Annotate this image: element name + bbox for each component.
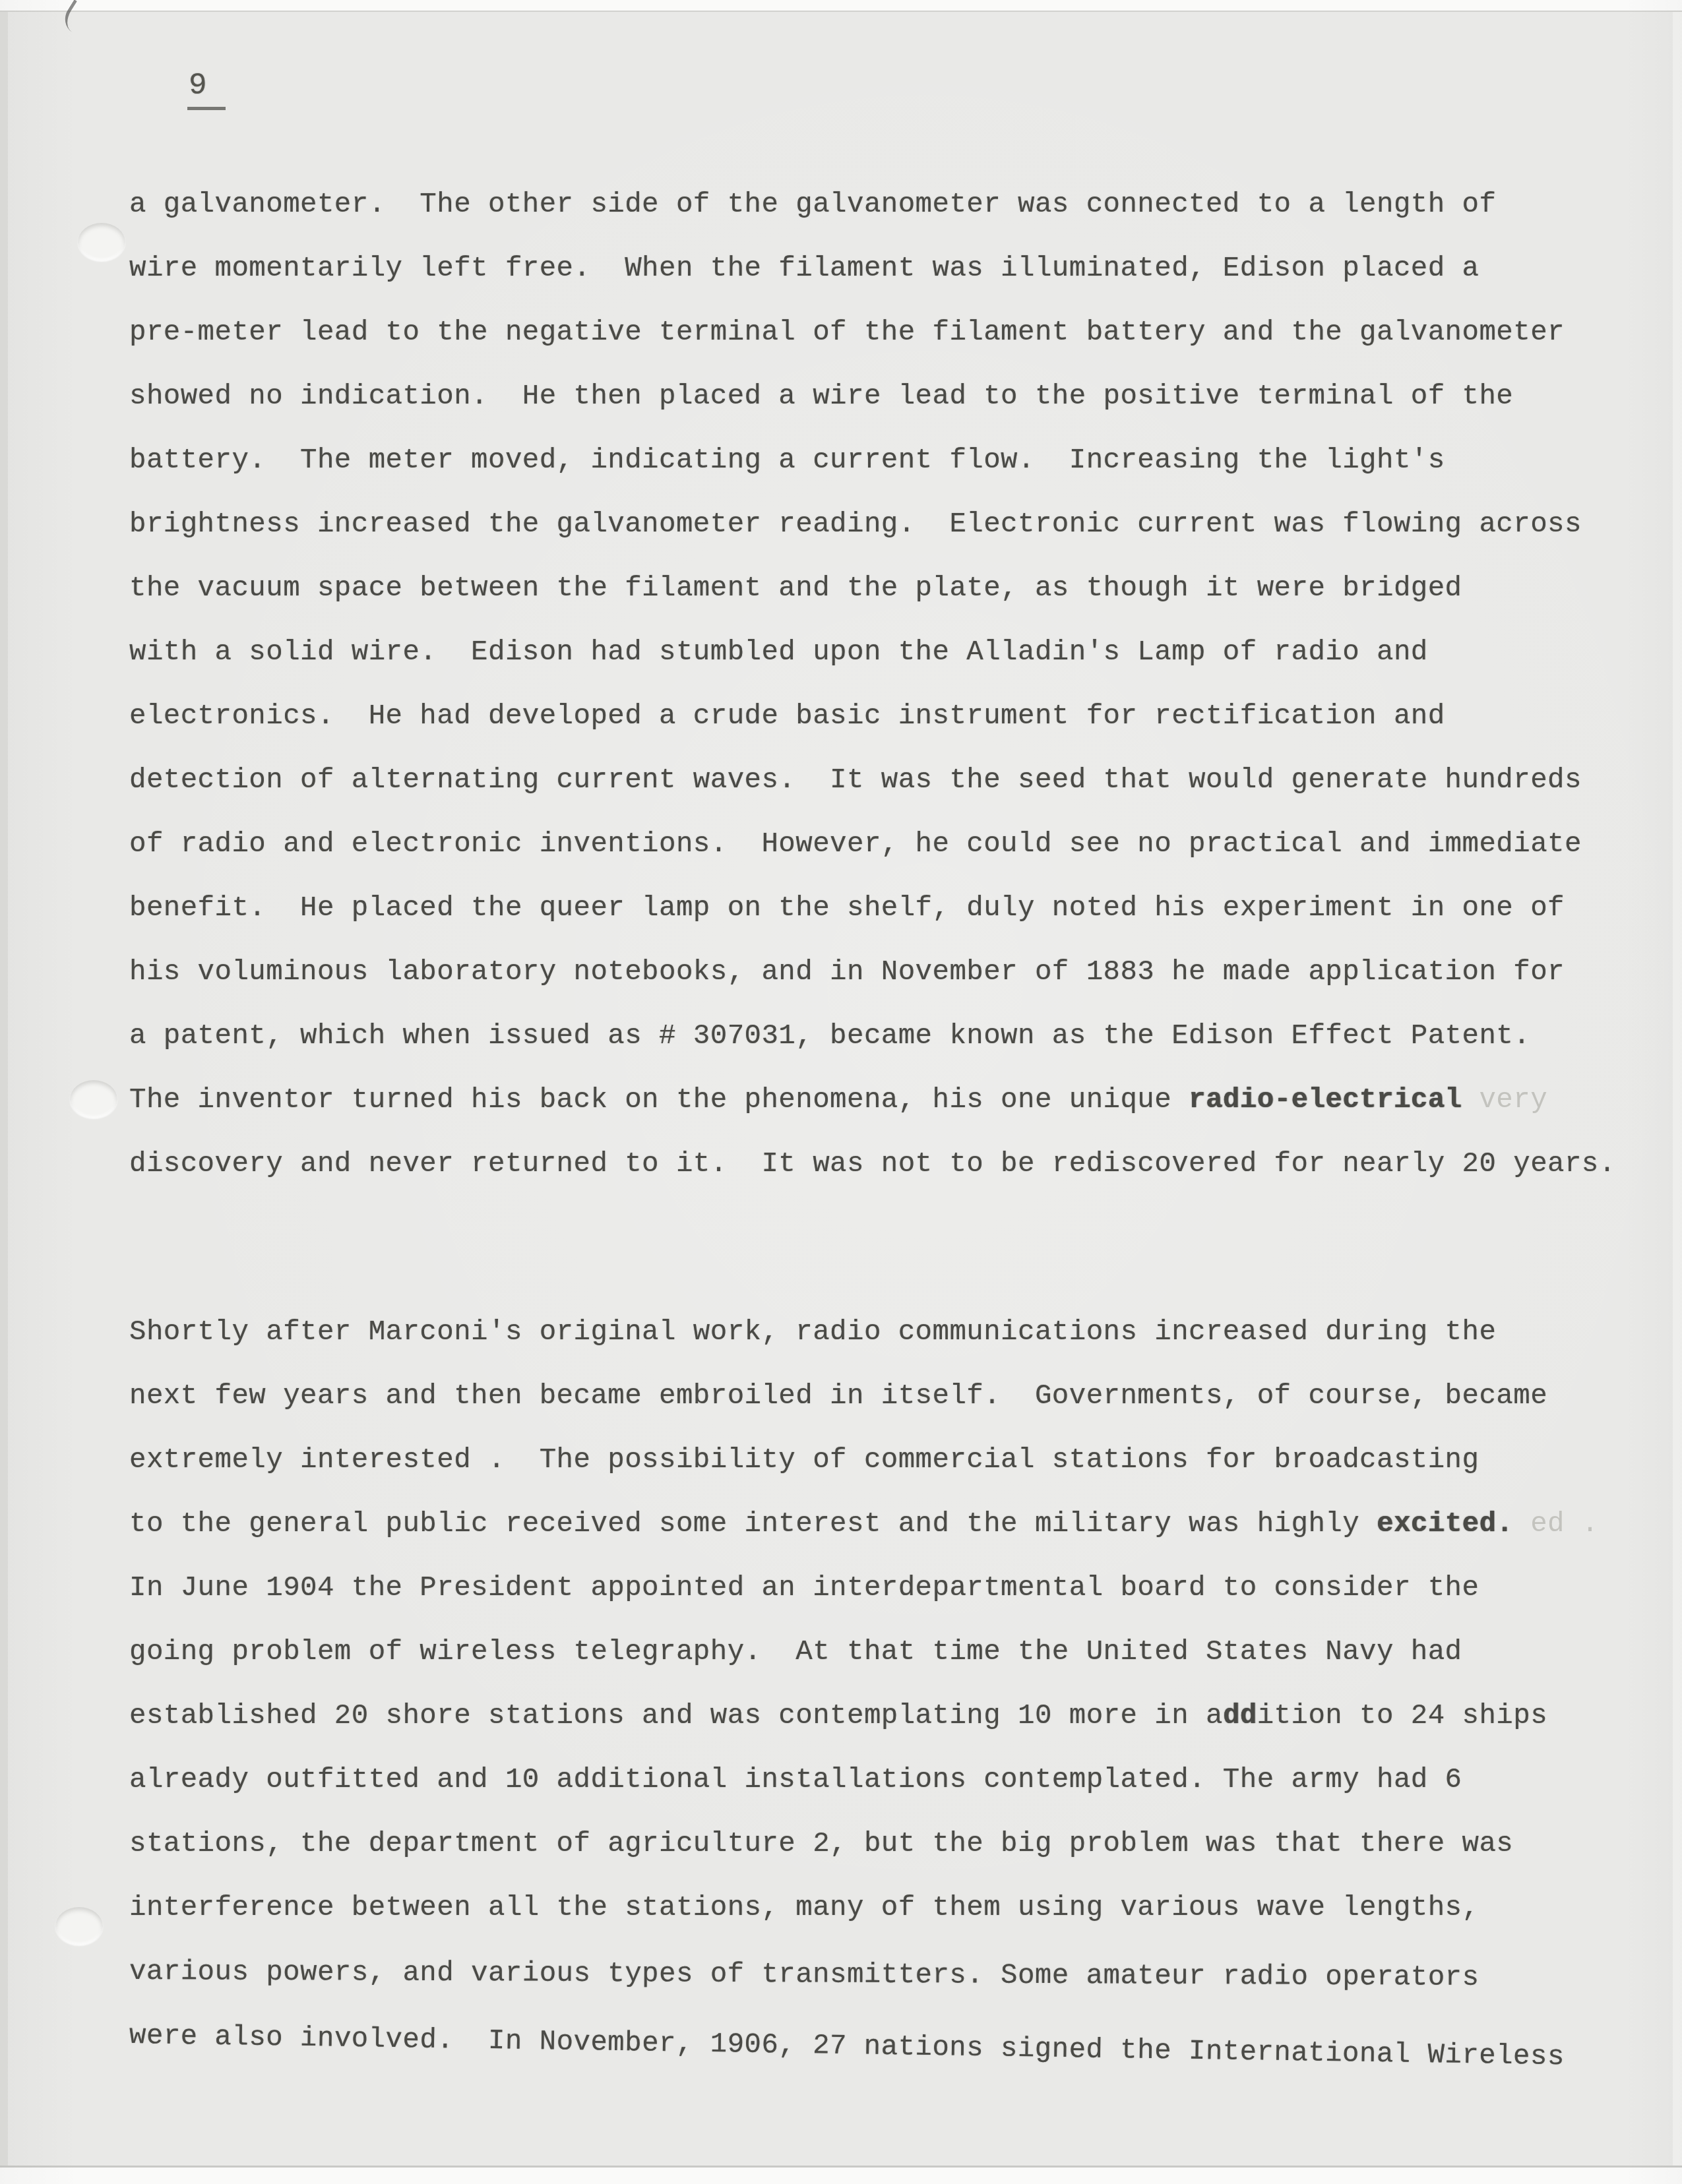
typed-line: were also involved. In November, 1906, 2… — [129, 2004, 1646, 2090]
typed-text: Shortly after Marconi's original work, r… — [129, 1316, 1496, 1348]
typed-line: his voluminous laboratory notebooks, and… — [129, 940, 1646, 1004]
typed-text: of radio and electronic inventions. Howe… — [129, 828, 1582, 860]
typed-line: of radio and electronic inventions. Howe… — [129, 812, 1646, 876]
typed-text: going problem of wireless telegraphy. At… — [129, 1636, 1462, 1668]
punch-hole — [70, 1080, 117, 1118]
overstruck-text: radio-electrical — [1189, 1084, 1462, 1116]
typed-line: stations, the department of agriculture … — [129, 1812, 1646, 1876]
typed-text: to the general public received some inte… — [129, 1508, 1377, 1540]
typed-line: brightness increased the galvanometer re… — [129, 493, 1646, 557]
ghost-overtype-text: ed . — [1513, 1508, 1599, 1540]
typed-line: the vacuum space between the filament an… — [129, 557, 1646, 621]
typed-text: next few years and then became embroiled… — [129, 1380, 1547, 1412]
typed-line: with a solid wire. Edison had stumbled u… — [129, 621, 1646, 684]
typed-line: going problem of wireless telegraphy. At… — [129, 1620, 1646, 1684]
typed-text: established 20 shore stations and was co… — [129, 1700, 1223, 1732]
typed-line: Shortly after Marconi's original work, r… — [129, 1300, 1646, 1364]
scan-edge-top — [0, 0, 1682, 12]
page-number: 9 — [187, 69, 226, 110]
typed-line: extremely interested . The possibility o… — [129, 1428, 1646, 1492]
scan-edge-right — [1673, 0, 1682, 2184]
typed-line: discovery and never returned to it. It w… — [129, 1132, 1646, 1196]
paragraph-gap — [129, 1196, 1646, 1300]
typed-text: a patent, which when issued as # 307031,… — [129, 1020, 1530, 1052]
typed-text: with a solid wire. Edison had stumbled u… — [129, 636, 1428, 668]
typed-line: a patent, which when issued as # 307031,… — [129, 1004, 1646, 1068]
typed-line: to the general public received some inte… — [129, 1492, 1646, 1556]
typed-text-body: a galvanometer. The other side of the ga… — [129, 173, 1646, 2068]
ghost-overtype-text: very — [1462, 1084, 1548, 1116]
typed-line: various powers, and various types of tra… — [129, 1940, 1646, 2011]
typed-text: benefit. He placed the queer lamp on the… — [129, 892, 1565, 924]
typed-text: ition to 24 ships — [1257, 1700, 1547, 1732]
typed-line: wire momentarily left free. When the fil… — [129, 237, 1646, 301]
typed-line: already outfitted and 10 additional inst… — [129, 1748, 1646, 1812]
overstruck-text: excited. — [1377, 1508, 1513, 1540]
punch-hole — [55, 1907, 103, 1945]
typed-text: battery. The meter moved, indicating a c… — [129, 444, 1445, 476]
typed-line: The inventor turned his back on the phen… — [129, 1068, 1646, 1132]
typed-text: wire momentarily left free. When the fil… — [129, 253, 1479, 284]
typed-line: pre-meter lead to the negative terminal … — [129, 301, 1646, 365]
scan-edge-left — [0, 0, 8, 2184]
typed-text: In June 1904 the President appointed an … — [129, 1572, 1479, 1604]
typed-text: detection of alternating current waves. … — [129, 764, 1582, 796]
scan-edge-bottom — [0, 2166, 1682, 2184]
typed-line: established 20 shore stations and was co… — [129, 1684, 1646, 1748]
typed-text: brightness increased the galvanometer re… — [129, 508, 1582, 540]
typed-line: a galvanometer. The other side of the ga… — [129, 173, 1646, 237]
typed-line: interference between all the stations, m… — [129, 1876, 1646, 1940]
typed-text: The inventor turned his back on the phen… — [129, 1084, 1189, 1116]
typed-line: showed no indication. He then placed a w… — [129, 365, 1646, 429]
typed-line: electronics. He had developed a crude ba… — [129, 684, 1646, 748]
typed-text: interference between all the stations, m… — [129, 1892, 1479, 1924]
typed-text: already outfitted and 10 additional inst… — [129, 1764, 1462, 1796]
typed-line: benefit. He placed the queer lamp on the… — [129, 876, 1646, 940]
typed-text: various powers, and various types of tra… — [129, 1956, 1480, 1993]
typed-text: discovery and never returned to it. It w… — [129, 1148, 1616, 1180]
overstruck-text: dd — [1223, 1700, 1257, 1732]
typed-text: extremely interested . The possibility o… — [129, 1444, 1479, 1476]
typed-text: pre-meter lead to the negative terminal … — [129, 317, 1565, 348]
typed-line: detection of alternating current waves. … — [129, 748, 1646, 812]
typed-text: electronics. He had developed a crude ba… — [129, 700, 1445, 732]
typed-text: were also involved. In November, 1906, 2… — [129, 2020, 1565, 2073]
typed-text: stations, the department of agriculture … — [129, 1828, 1513, 1860]
typed-text: a galvanometer. The other side of the ga… — [129, 189, 1496, 220]
typed-line: In June 1904 the President appointed an … — [129, 1556, 1646, 1620]
typed-text: his voluminous laboratory notebooks, and… — [129, 956, 1565, 988]
typed-line: next few years and then became embroiled… — [129, 1364, 1646, 1428]
typed-text: the vacuum space between the filament an… — [129, 572, 1462, 604]
typed-text: showed no indication. He then placed a w… — [129, 380, 1513, 412]
typed-line: battery. The meter moved, indicating a c… — [129, 429, 1646, 493]
punch-hole — [78, 223, 125, 261]
